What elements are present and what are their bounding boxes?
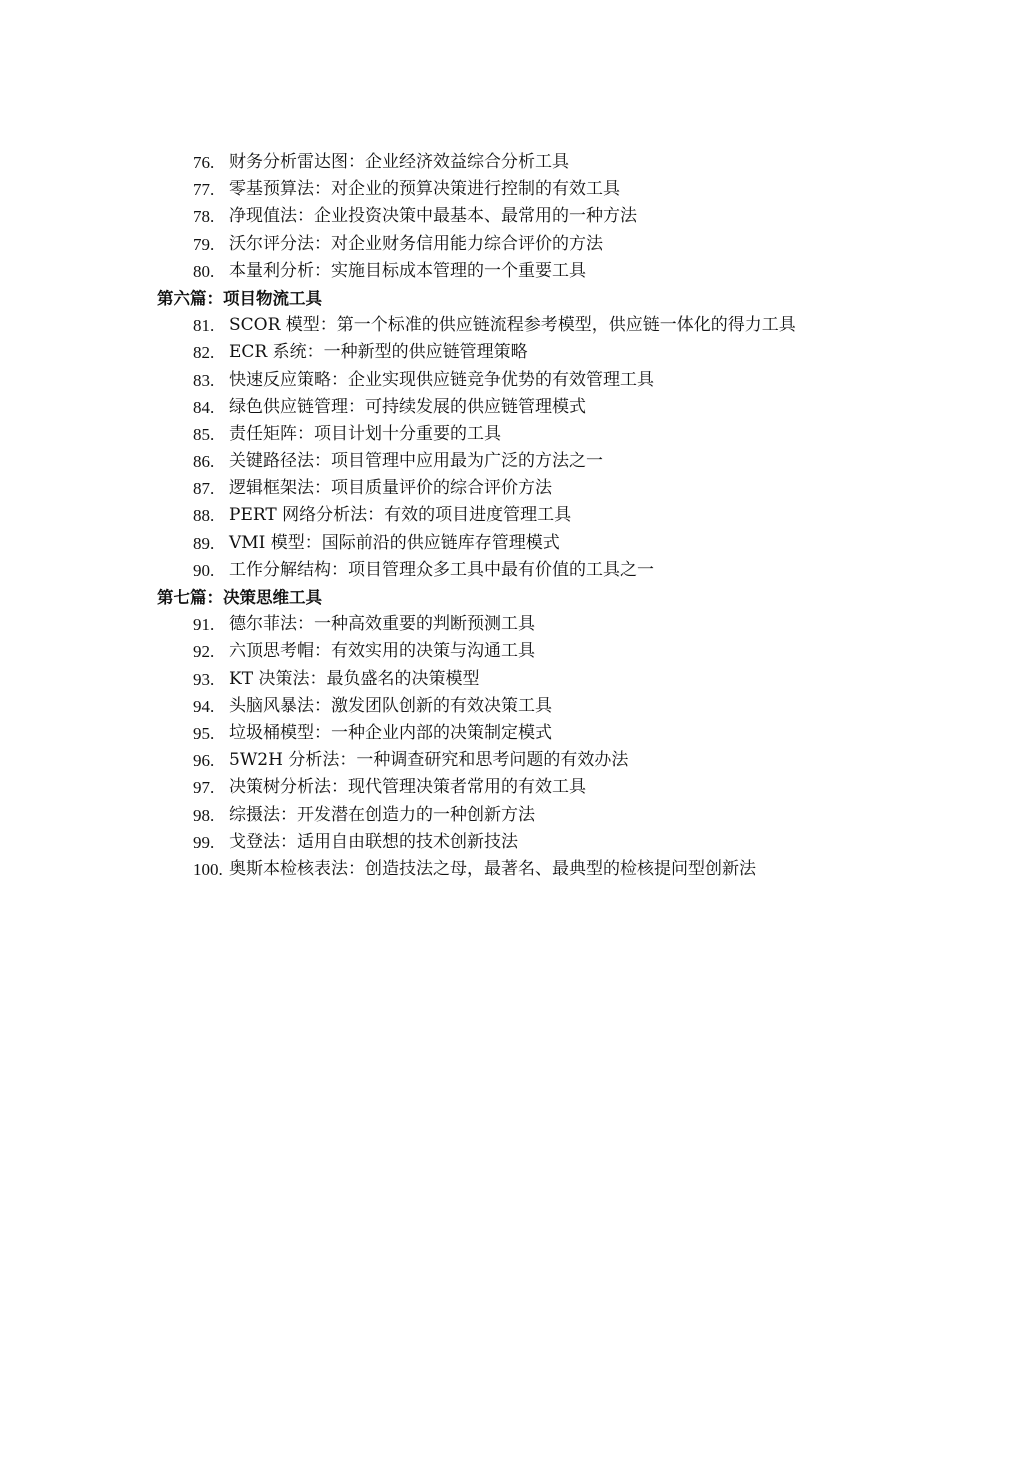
section-heading: 第七篇：决策思维工具 — [0, 584, 1036, 611]
item-number: 78. — [193, 203, 214, 230]
item-number: 80. — [193, 258, 214, 285]
item-number: 95. — [193, 720, 214, 747]
list-item: 80.本量利分析：实施目标成本管理的一个重要工具 — [0, 258, 1036, 285]
item-text: 净现值法：企业投资决策中最基本、最常用的一种方法 — [229, 203, 637, 230]
document-page: 76.财务分析雷达图：企业经济效益综合分析工具 77.零基预算法：对企业的预算决… — [0, 149, 1036, 883]
item-text: 德尔菲法：一种高效重要的判断预测工具 — [229, 611, 535, 638]
item-number: 91. — [193, 611, 214, 638]
list-item: 92.六顶思考帽：有效实用的决策与沟通工具 — [0, 638, 1036, 665]
item-text: 5W2H 分析法：一种调查研究和思考问题的有效办法 — [229, 747, 628, 774]
item-text: 零基预算法：对企业的预算决策进行控制的有效工具 — [229, 176, 620, 203]
list-item: 77.零基预算法：对企业的预算决策进行控制的有效工具 — [0, 176, 1036, 203]
list-item: 89.VMI 模型：国际前沿的供应链库存管理模式 — [0, 530, 1036, 557]
item-text: 戈登法：适用自由联想的技术创新技法 — [229, 829, 518, 856]
list-item: 81.SCOR 模型：第一个标准的供应链流程参考模型，供应链一体化的得力工具 — [0, 312, 1036, 339]
item-text: 逻辑框架法：项目质量评价的综合评价方法 — [229, 475, 552, 502]
item-number: 89. — [193, 530, 214, 557]
item-text: SCOR 模型：第一个标准的供应链流程参考模型，供应链一体化的得力工具 — [229, 312, 796, 339]
item-number: 92. — [193, 638, 214, 665]
item-number: 82. — [193, 339, 214, 366]
item-number: 79. — [193, 231, 214, 258]
list-item: 87.逻辑框架法：项目质量评价的综合评价方法 — [0, 475, 1036, 502]
item-number: 81. — [193, 312, 214, 339]
item-number: 83. — [193, 367, 214, 394]
item-text: 六顶思考帽：有效实用的决策与沟通工具 — [229, 638, 535, 665]
item-number: 96. — [193, 747, 214, 774]
list-item: 93.KT 决策法：最负盛名的决策模型 — [0, 666, 1036, 693]
list-item: 84.绿色供应链管理：可持续发展的供应链管理模式 — [0, 394, 1036, 421]
item-number: 100. — [193, 856, 223, 883]
item-number: 84. — [193, 394, 214, 421]
list-item: 96.5W2H 分析法：一种调查研究和思考问题的有效办法 — [0, 747, 1036, 774]
list-item: 76.财务分析雷达图：企业经济效益综合分析工具 — [0, 149, 1036, 176]
list-item: 83.快速反应策略：企业实现供应链竞争优势的有效管理工具 — [0, 367, 1036, 394]
item-text: 综摄法：开发潜在创造力的一种创新方法 — [229, 802, 535, 829]
item-number: 76. — [193, 149, 214, 176]
item-number: 85. — [193, 421, 214, 448]
item-text: 责任矩阵：项目计划十分重要的工具 — [229, 421, 501, 448]
item-text: 工作分解结构：项目管理众多工具中最有价值的工具之一 — [229, 557, 654, 584]
list-item: 98.综摄法：开发潜在创造力的一种创新方法 — [0, 802, 1036, 829]
list-item: 100.奥斯本检核表法：创造技法之母，最著名、最典型的检核提问型创新法 — [0, 856, 1036, 883]
item-text: 绿色供应链管理：可持续发展的供应链管理模式 — [229, 394, 586, 421]
item-number: 97. — [193, 774, 214, 801]
item-text: 决策树分析法：现代管理决策者常用的有效工具 — [229, 774, 586, 801]
list-item: 95.垃圾桶模型：一种企业内部的决策制定模式 — [0, 720, 1036, 747]
item-text: ECR 系统：一种新型的供应链管理策略 — [229, 339, 528, 366]
item-number: 86. — [193, 448, 214, 475]
list-item: 79.沃尔评分法：对企业财务信用能力综合评价的方法 — [0, 231, 1036, 258]
item-text: 垃圾桶模型：一种企业内部的决策制定模式 — [229, 720, 552, 747]
item-number: 87. — [193, 475, 214, 502]
item-number: 90. — [193, 557, 214, 584]
item-text: 财务分析雷达图：企业经济效益综合分析工具 — [229, 149, 569, 176]
item-text: KT 决策法：最负盛名的决策模型 — [229, 666, 479, 693]
item-number: 98. — [193, 802, 214, 829]
item-number: 77. — [193, 176, 214, 203]
list-item: 82.ECR 系统：一种新型的供应链管理策略 — [0, 339, 1036, 366]
item-text: 头脑风暴法：激发团队创新的有效决策工具 — [229, 693, 552, 720]
item-number: 93. — [193, 666, 214, 693]
item-number: 88. — [193, 502, 214, 529]
list-item: 86.关键路径法：项目管理中应用最为广泛的方法之一 — [0, 448, 1036, 475]
list-item: 85.责任矩阵：项目计划十分重要的工具 — [0, 421, 1036, 448]
list-item: 90.工作分解结构：项目管理众多工具中最有价值的工具之一 — [0, 557, 1036, 584]
list-item: 94.头脑风暴法：激发团队创新的有效决策工具 — [0, 693, 1036, 720]
list-item: 99.戈登法：适用自由联想的技术创新技法 — [0, 829, 1036, 856]
item-text: 快速反应策略：企业实现供应链竞争优势的有效管理工具 — [229, 367, 654, 394]
list-item: 88.PERT 网络分析法：有效的项目进度管理工具 — [0, 502, 1036, 529]
item-number: 99. — [193, 829, 214, 856]
item-text: 奥斯本检核表法：创造技法之母，最著名、最典型的检核提问型创新法 — [229, 856, 756, 883]
list-item: 78.净现值法：企业投资决策中最基本、最常用的一种方法 — [0, 203, 1036, 230]
section-heading: 第六篇：项目物流工具 — [0, 285, 1036, 312]
list-item: 97.决策树分析法：现代管理决策者常用的有效工具 — [0, 774, 1036, 801]
item-text: 本量利分析：实施目标成本管理的一个重要工具 — [229, 258, 586, 285]
item-text: PERT 网络分析法：有效的项目进度管理工具 — [229, 502, 571, 529]
item-number: 94. — [193, 693, 214, 720]
item-text: VMI 模型：国际前沿的供应链库存管理模式 — [229, 530, 560, 557]
item-text: 沃尔评分法：对企业财务信用能力综合评价的方法 — [229, 231, 603, 258]
item-text: 关键路径法：项目管理中应用最为广泛的方法之一 — [229, 448, 603, 475]
list-item: 91.德尔菲法：一种高效重要的判断预测工具 — [0, 611, 1036, 638]
